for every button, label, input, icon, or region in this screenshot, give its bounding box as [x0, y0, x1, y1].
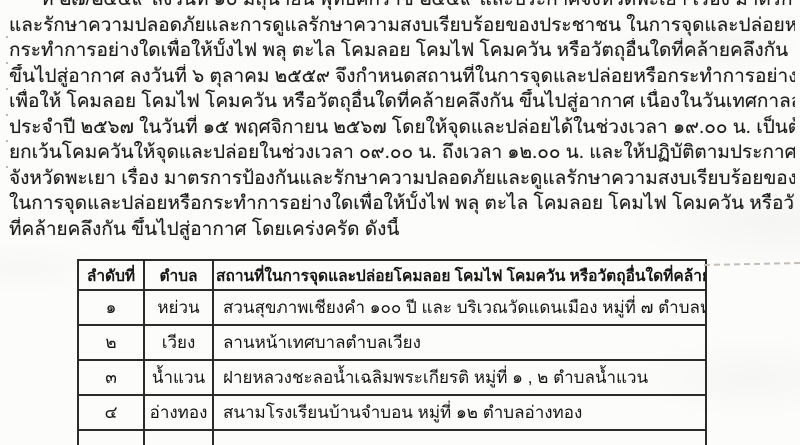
cell-location: ลานหน้าเทศบาลตำบลเวียง — [213, 325, 706, 360]
paragraph-line: ประจำปี ๒๕๖๗ ในวันที่ ๑๕ พฤศจิกายน ๒๕๖๗ … — [9, 115, 795, 141]
cell-tambon: อ่างทอง — [144, 395, 213, 430]
table-row: ๒ เวียง ลานหน้าเทศบาลตำบลเวียง — [78, 325, 706, 360]
launch-locations-table: ลำดับที่ ตำบล สถานที่ในการจุดและปล่อยโคม… — [77, 259, 707, 445]
paragraph-line: กระทำการอย่างใดเพื่อให้บั้งไฟ พลุ ตะไล โ… — [9, 38, 795, 64]
cell-location: สนามโรงเรียนบ้านจำบอน หมู่ที่ ๑๒ ตำบลอ่า… — [213, 395, 706, 430]
header-cell-tambon: ตำบล — [144, 260, 213, 290]
table-row: ๑ หย่วน สวนสุขภาพเชียงคำ ๑๐๐ ปี และ บริเ… — [78, 290, 706, 325]
paragraph-line: และรักษาความปลอดภัยและการดูแลรักษาความสง… — [9, 13, 795, 39]
cell-index: ๒ — [78, 325, 144, 360]
paragraph-line: ขึ้นไปสู่อากาศ ลงวันที่ ๖ ตุลาคม ๒๕๕๙ จึ… — [9, 64, 795, 90]
header-cell-location: สถานที่ในการจุดและปล่อยโคมลอย โคมไฟ โคมค… — [213, 260, 706, 290]
cell-tambon: หย่วน — [144, 290, 213, 325]
body-paragraph: ที่ ๒๗/๒๕๕๙ ลงวันที่ ๑๐ มิถุนายน พุทธศัก… — [9, 0, 795, 242]
cell-tambon: น้ำแวน — [144, 360, 213, 395]
paragraph-line: ในการจุดและปล่อยหรือกระทำการอย่างใดเพื่อ… — [9, 191, 795, 217]
cell-location: ฝายหลวงชะลอน้ำเฉลิมพระเกียรติ หมู่ที่ ๑ … — [213, 360, 706, 395]
cell-index — [78, 430, 144, 445]
table-row: ๓ น้ำแวน ฝายหลวงชะลอน้ำเฉลิมพระเกียรติ ห… — [78, 360, 706, 395]
cell-index: ๑ — [78, 290, 144, 325]
scan-noise-artifact — [6, 36, 8, 176]
cell-tambon: เวียง — [144, 325, 213, 360]
cell-index: ๓ — [78, 360, 144, 395]
paragraph-line: เพื่อให้ โคมลอย โคมไฟ โคมควัน หรือวัตถุอ… — [9, 89, 795, 115]
paragraph-line: จังหวัดพะเยา เรื่อง มาตรการป้องกันและรัก… — [9, 166, 795, 192]
cell-tambon — [144, 430, 213, 445]
table-row: ๔ อ่างทอง สนามโรงเรียนบ้านจำบอน หมู่ที่ … — [78, 395, 706, 430]
paragraph-line: ที่คล้ายคลึงกัน ขึ้นไปสู่อากาศ โดยเคร่งค… — [9, 217, 795, 243]
table-row-partial — [78, 430, 706, 445]
cell-location: สวนสุขภาพเชียงคำ ๑๐๐ ปี และ บริเวณวัดแดน… — [213, 290, 706, 325]
paragraph-line: ที่ ๒๗/๒๕๕๙ ลงวันที่ ๑๐ มิถุนายน พุทธศัก… — [9, 0, 795, 13]
header-cell-index: ลำดับที่ — [78, 260, 144, 290]
table-header-row: ลำดับที่ ตำบล สถานที่ในการจุดและปล่อยโคม… — [78, 260, 706, 290]
scan-dashed-line-artifact — [704, 262, 800, 266]
cell-index: ๔ — [78, 395, 144, 430]
cell-location — [213, 430, 706, 445]
scanned-document-page: ที่ ๒๗/๒๕๕๙ ลงวันที่ ๑๐ มิถุนายน พุทธศัก… — [0, 0, 800, 445]
paragraph-line: ยกเว้นโคมควันให้จุดและปล่อยในช่วงเวลา ๐๙… — [9, 140, 795, 166]
